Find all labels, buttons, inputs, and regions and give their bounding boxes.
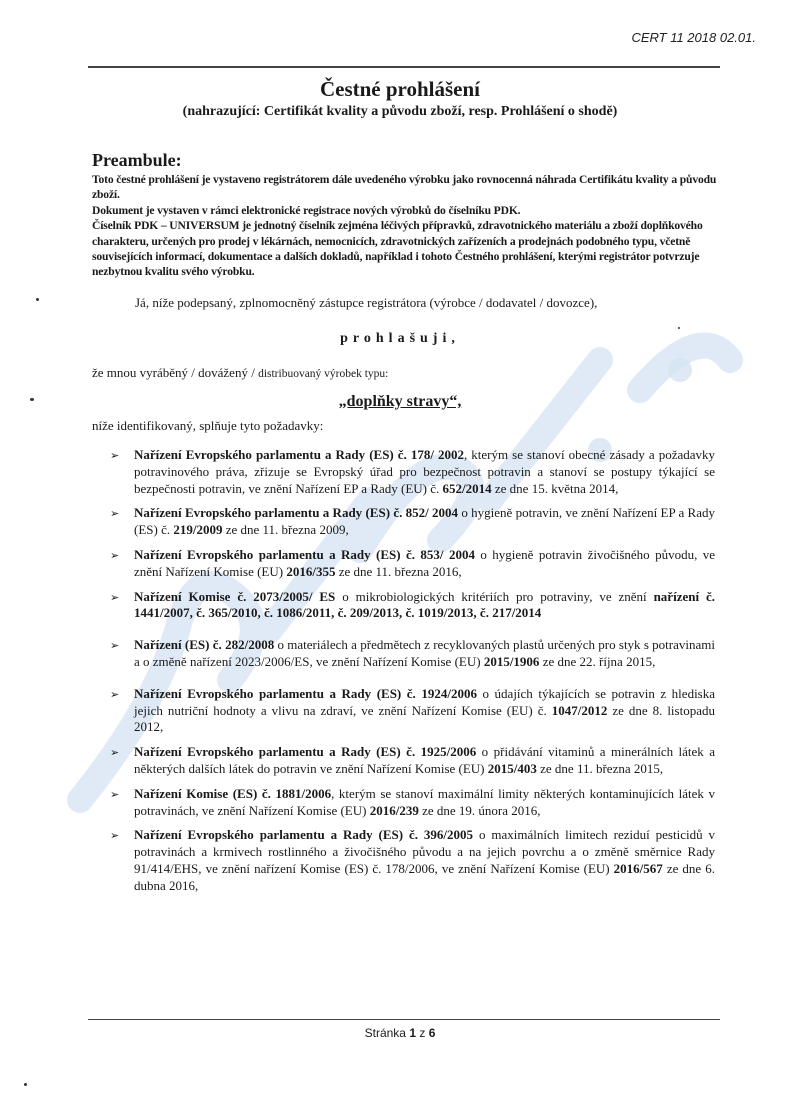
page-separator: z bbox=[419, 1026, 425, 1040]
arrow-bullet-icon: ➢ bbox=[110, 637, 134, 671]
scan-speck bbox=[678, 327, 680, 329]
scan-speck bbox=[36, 298, 39, 301]
preamble-heading: Preambule: bbox=[92, 150, 182, 171]
declaration-heading: prohlašuji, bbox=[0, 331, 800, 347]
arrow-bullet-icon: ➢ bbox=[110, 744, 134, 778]
page-indicator: Stránka 1 z 6 bbox=[0, 1026, 800, 1040]
requirement-item: ➢Nařízení Evropského parlamentu a Rady (… bbox=[110, 547, 715, 581]
requirement-item: ➢Nařízení Evropského parlamentu a Rady (… bbox=[110, 744, 715, 778]
arrow-bullet-icon: ➢ bbox=[110, 547, 134, 581]
requirements-list: ➢Nařízení Evropského parlamentu a Rady (… bbox=[110, 447, 715, 903]
document-code: CERT 11 2018 02.01. bbox=[631, 30, 756, 45]
product-line-part: že mnou vyráběný / dovážený / bbox=[92, 365, 258, 380]
product-line-part: distribuovaný výrobek typu: bbox=[258, 368, 388, 380]
preamble-paragraph: Dokument je vystaven v rámci elektronick… bbox=[92, 203, 732, 218]
requirement-item: ➢Nařízení Evropského parlamentu a Rady (… bbox=[110, 686, 715, 736]
requirement-item: ➢Nařízení Evropského parlamentu a Rady (… bbox=[110, 505, 715, 539]
scan-speck bbox=[30, 398, 34, 401]
product-type: „doplňky stravy“, bbox=[0, 393, 800, 411]
preamble-paragraph: Číselník PDK – UNIVERSUM je jednotný čís… bbox=[92, 218, 732, 280]
product-type-line: že mnou vyráběný / dovážený / distribuov… bbox=[92, 365, 388, 381]
requirement-text: Nařízení (ES) č. 282/2008 o materiálech … bbox=[134, 637, 715, 671]
requirement-item: ➢Nařízení Komise (ES) č. 1881/2006, kter… bbox=[110, 786, 715, 820]
requirement-item: ➢Nařízení (ES) č. 282/2008 o materiálech… bbox=[110, 637, 715, 671]
requirement-item: ➢Nařízení Evropského parlamentu a Rady (… bbox=[110, 827, 715, 894]
requirement-text: Nařízení Evropského parlamentu a Rady (E… bbox=[134, 686, 715, 736]
arrow-bullet-icon: ➢ bbox=[110, 447, 134, 497]
requirements-intro: níže identifikovaný, splňuje tyto požada… bbox=[92, 418, 323, 434]
requirement-text: Nařízení Komise (ES) č. 1881/2006, který… bbox=[134, 786, 715, 820]
requirement-text: Nařízení Evropského parlamentu a Rady (E… bbox=[134, 827, 715, 894]
page-current: 1 bbox=[409, 1026, 416, 1040]
arrow-bullet-icon: ➢ bbox=[110, 505, 134, 539]
arrow-bullet-icon: ➢ bbox=[110, 786, 134, 820]
requirement-text: Nařízení Komise č. 2073/2005/ ES o mikro… bbox=[134, 589, 715, 623]
footer-divider bbox=[88, 1019, 720, 1020]
page-total: 6 bbox=[429, 1026, 436, 1040]
document-subtitle: (nahrazující: Certifikát kvality a původ… bbox=[0, 104, 800, 120]
requirement-text: Nařízení Evropského parlamentu a Rady (E… bbox=[134, 547, 715, 581]
arrow-bullet-icon: ➢ bbox=[110, 686, 134, 736]
header-divider bbox=[88, 66, 720, 68]
requirement-text: Nařízení Evropského parlamentu a Rady (E… bbox=[134, 505, 715, 539]
preamble-text: Toto čestné prohlášení je vystaveno regi… bbox=[92, 172, 732, 280]
requirement-item: ➢Nařízení Evropského parlamentu a Rady (… bbox=[110, 447, 715, 497]
requirement-item: ➢Nařízení Komise č. 2073/2005/ ES o mikr… bbox=[110, 589, 715, 623]
page-label: Stránka bbox=[365, 1026, 406, 1040]
preamble-paragraph: Toto čestné prohlášení je vystaveno regi… bbox=[92, 172, 732, 203]
requirement-text: Nařízení Evropského parlamentu a Rady (E… bbox=[134, 744, 715, 778]
document-title: Čestné prohlášení bbox=[0, 77, 800, 102]
statement-intro: Já, níže podepsaný, zplnomocněný zástupc… bbox=[135, 295, 597, 311]
arrow-bullet-icon: ➢ bbox=[110, 589, 134, 623]
scan-speck bbox=[24, 1083, 27, 1086]
requirement-text: Nařízení Evropského parlamentu a Rady (E… bbox=[134, 447, 715, 497]
arrow-bullet-icon: ➢ bbox=[110, 827, 134, 894]
